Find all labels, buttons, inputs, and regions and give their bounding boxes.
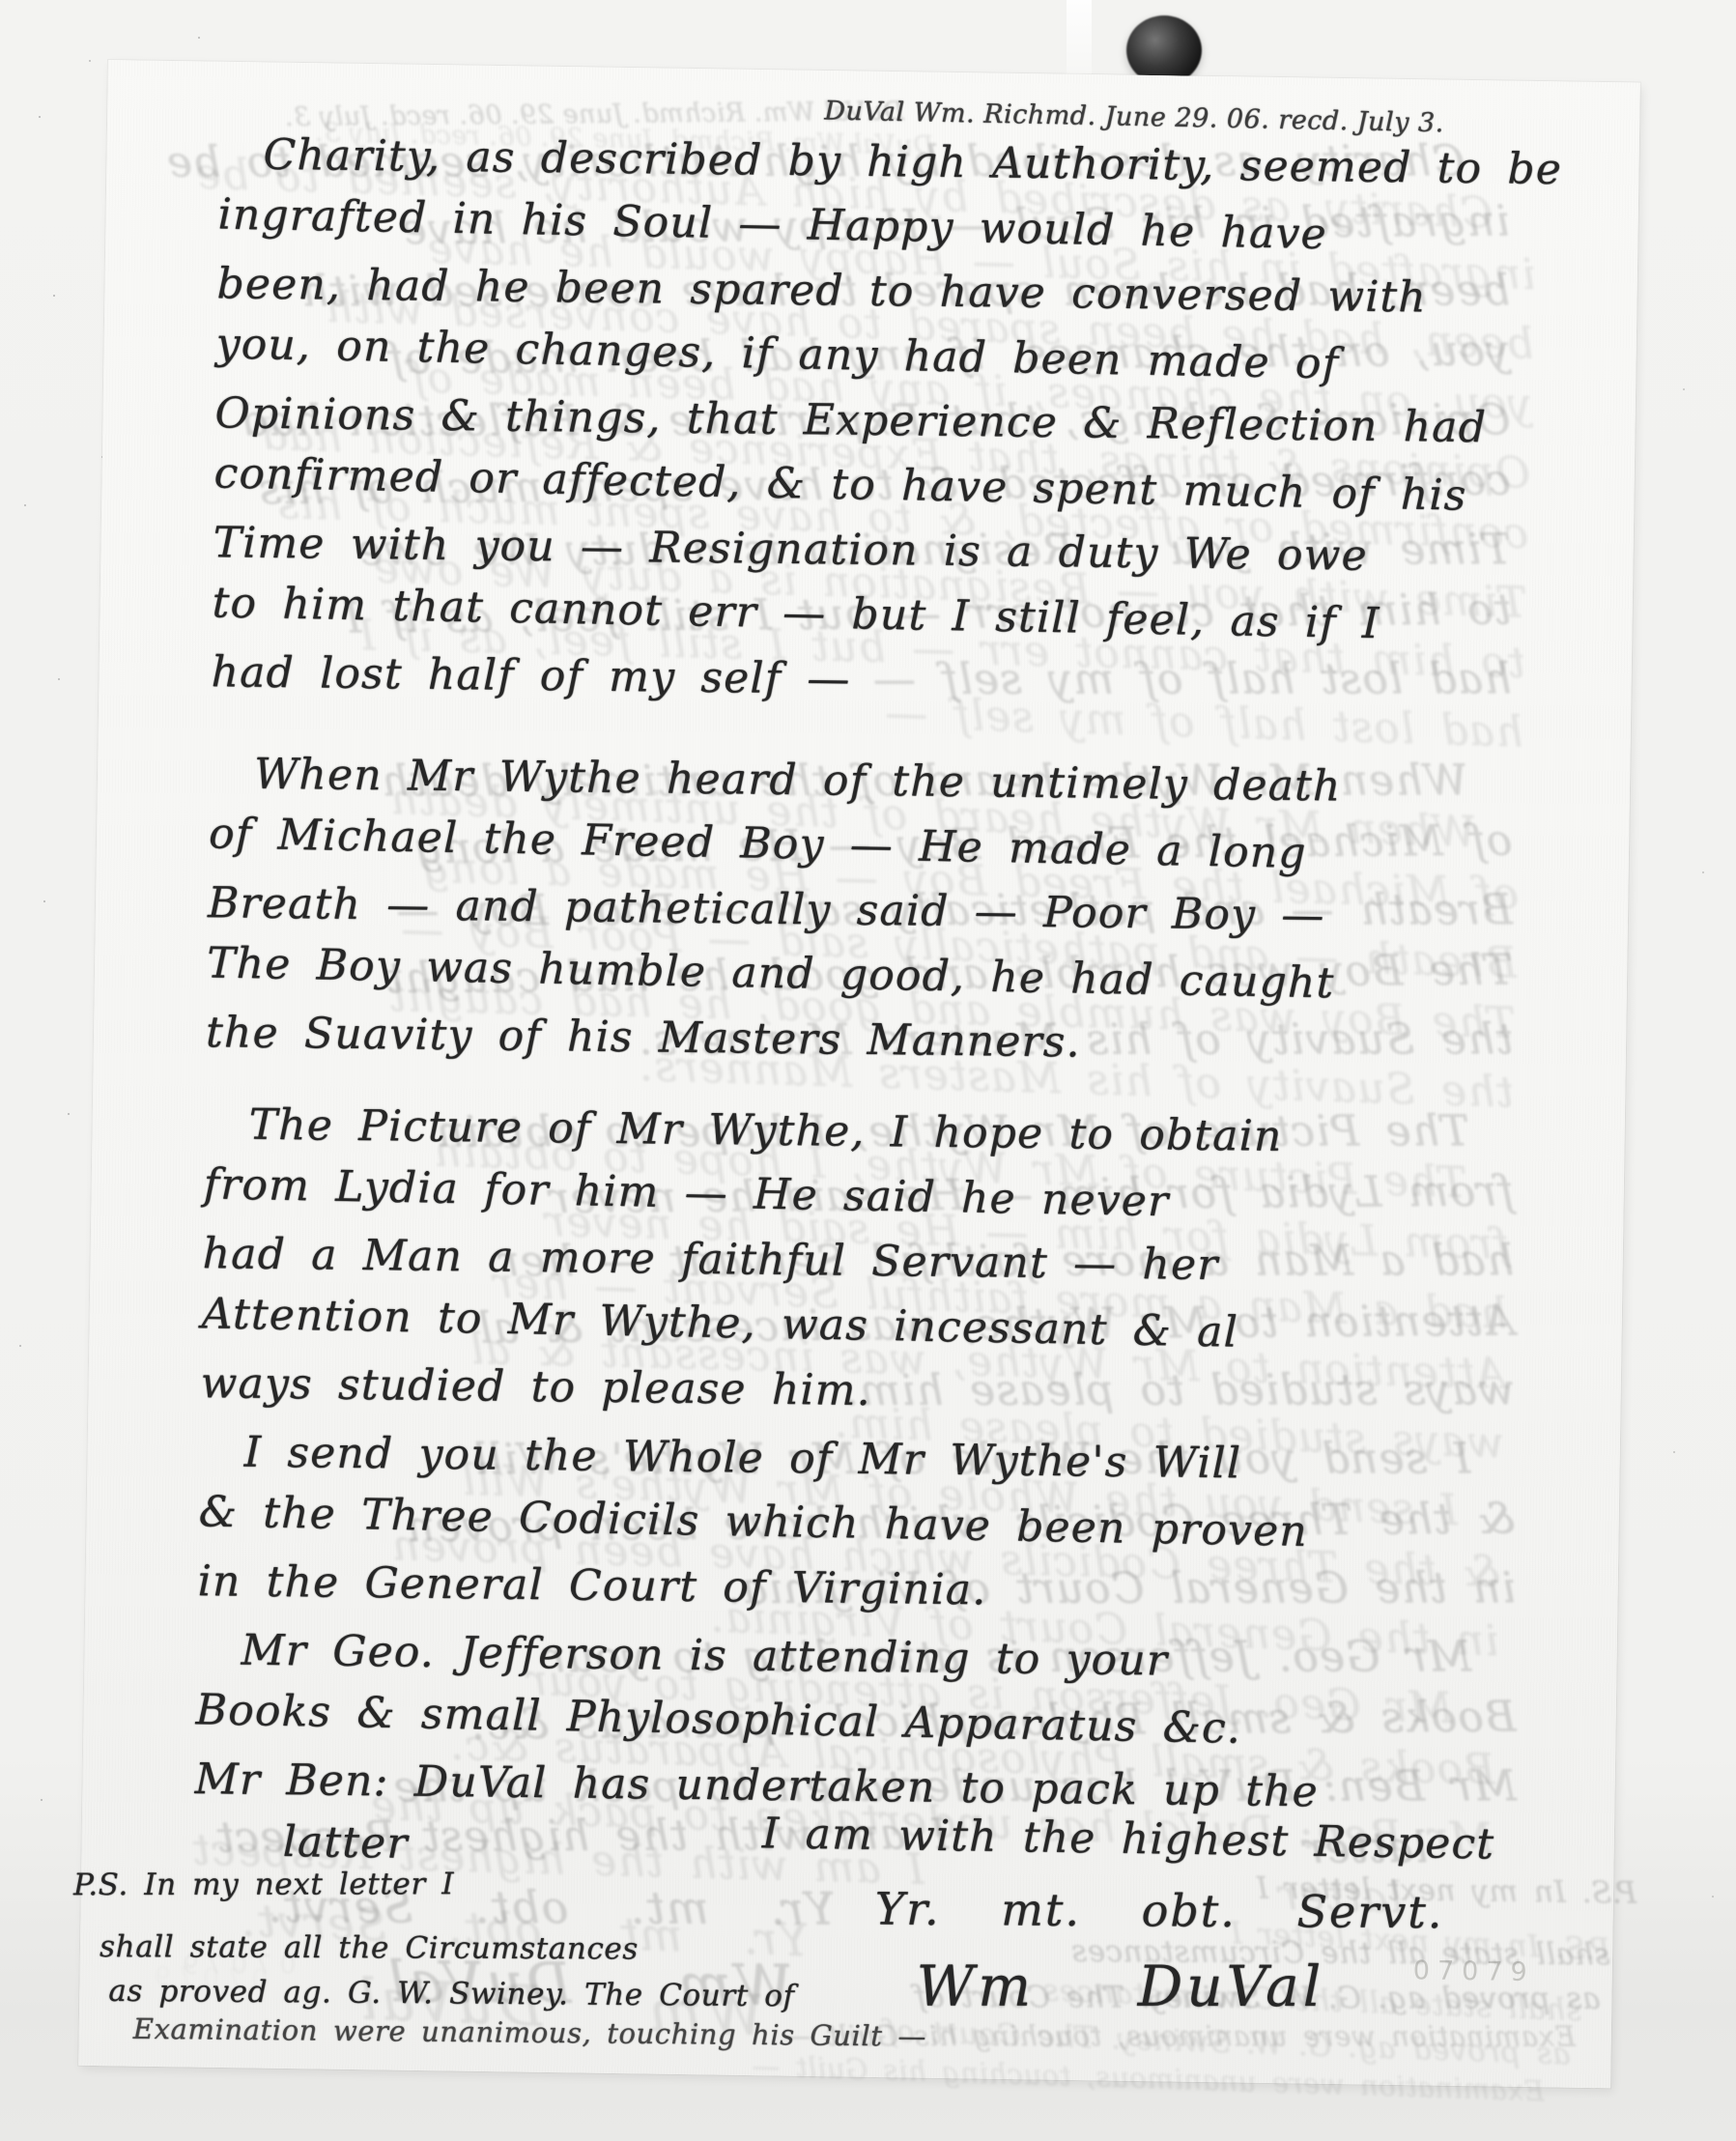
closing-latter-word: latter bbox=[282, 1817, 409, 1869]
dust-speckles bbox=[0, 0, 2, 2]
archival-stamp: 07079 bbox=[1413, 1955, 1535, 1987]
letter-page: DuVal Wm. Richmd. June 29. 06. recd. Jul… bbox=[78, 60, 1640, 2088]
paragraph: Mr Geo. Jefferson is attending to your B… bbox=[194, 1615, 1600, 1831]
paragraph: When Mr Wythe heard of the untimely deat… bbox=[206, 739, 1613, 1084]
signature: Wm DuVal bbox=[917, 1954, 1325, 2019]
postscript-line: shall state all the Circumstances bbox=[100, 1929, 639, 1966]
paragraph: The Picture of Mr Wythe, I hope to obtai… bbox=[200, 1090, 1608, 1435]
letter-content: DuVal Wm. Richmd. June 29. 06. recd. Jul… bbox=[78, 60, 1640, 2088]
letter-body: Charity, as described by high Authority,… bbox=[194, 112, 1622, 1830]
postscript-line: as proved ag. G. W. Swiney. The Court of bbox=[108, 1974, 795, 2014]
postscript-line: Examination were unanimous, touching his… bbox=[133, 2013, 926, 2053]
paragraph: I send you the Whole of Mr Wythe's Will … bbox=[197, 1417, 1603, 1633]
postscript-line: P.S. In my next letter I bbox=[73, 1867, 454, 1902]
closing-salutation: I am with the highest Respect bbox=[761, 1809, 1494, 1869]
paragraph: Charity, as described by high Authority,… bbox=[211, 120, 1622, 723]
scan-background: DuVal Wm. Richmd. June 29. 06. recd. Jul… bbox=[0, 0, 1736, 2141]
valediction: Yr. mt. obt. Servt. bbox=[875, 1883, 1444, 1939]
